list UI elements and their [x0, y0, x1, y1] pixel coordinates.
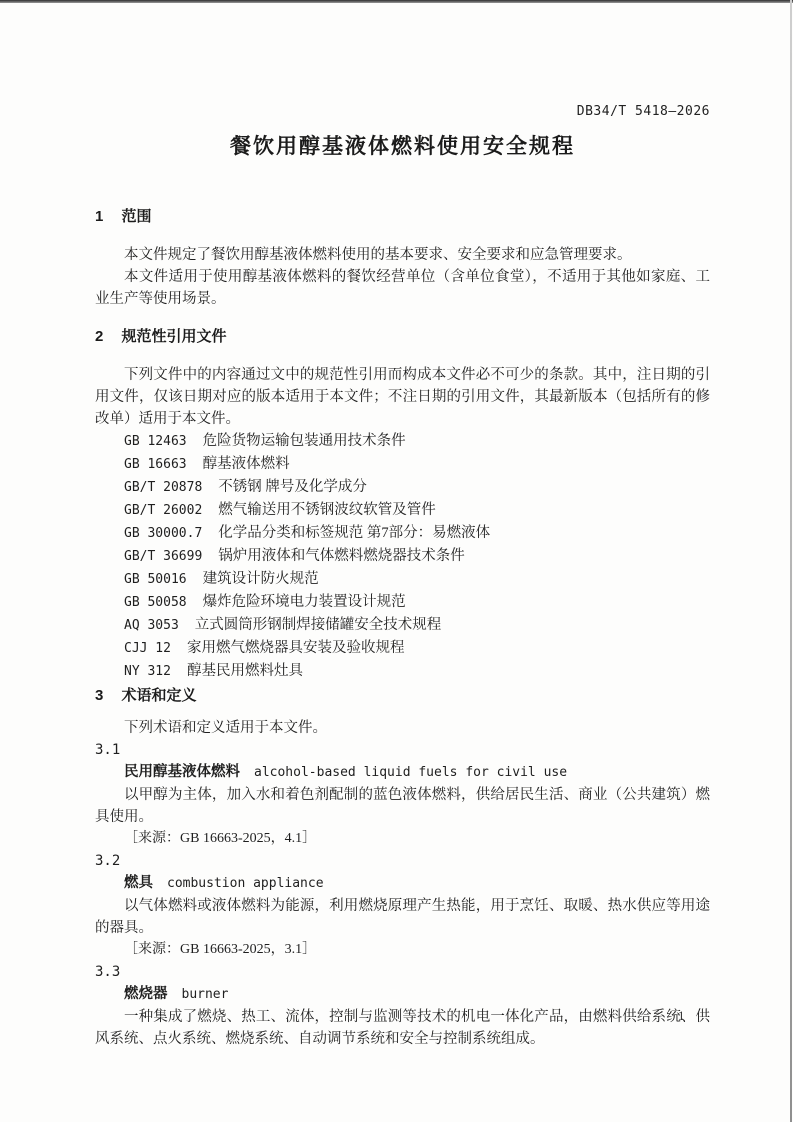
term-name: 民用醇基液体燃料 [124, 764, 240, 780]
section-3-heading: 3 术语和定义 [95, 685, 710, 707]
term-block: 3.3 燃烧器burner 一种集成了燃烧、热工、流体，控制与监测等技术的机电一… [95, 961, 710, 1050]
term-definition: 以气体燃料或液体燃料为能源，利用燃烧原理产生热能，用于烹饪、取暖、热水供应等用途… [95, 895, 710, 939]
document-content: DB34/T 5418—2026 餐饮用醇基液体燃料使用安全规程 1 范围 本文… [95, 103, 710, 1050]
term-line: 燃具combustion appliance [95, 872, 710, 895]
page-number: 1 [678, 1008, 685, 1024]
reference-item: NY 312醇基民用燃料灶具 [95, 660, 710, 683]
term-number: 3.2 [95, 850, 710, 872]
term-english: alcohol-based liquid fuels for civil use [254, 765, 567, 780]
reference-code: CJJ 12 [124, 641, 171, 656]
term-line: 民用醇基液体燃料alcohol-based liquid fuels for c… [95, 761, 710, 784]
term-line: 燃烧器burner [95, 983, 710, 1006]
reference-item: AQ 3053立式圆筒形钢制焊接储罐安全技术规程 [95, 614, 710, 637]
term-name: 燃烧器 [124, 986, 168, 1002]
reference-code: GB 30000.7 [124, 526, 202, 541]
reference-item: CJJ 12家用燃气燃烧器具安装及验收规程 [95, 637, 710, 660]
section-2-title: 规范性引用文件 [122, 326, 227, 348]
reference-code: GB/T 26002 [124, 503, 202, 518]
document-page: DB34/T 5418—2026 餐饮用醇基液体燃料使用安全规程 1 范围 本文… [0, 0, 793, 1122]
reference-code: GB 50016 [124, 572, 187, 587]
reference-title: 爆炸危险环境电力装置设计规范 [203, 594, 406, 610]
reference-code: NY 312 [124, 664, 171, 679]
scan-right-edge [790, 0, 792, 1122]
standard-code: DB34/T 5418—2026 [95, 103, 710, 120]
term-name: 燃具 [124, 875, 153, 891]
reference-code: GB/T 20878 [124, 480, 202, 495]
reference-item: GB/T 26002燃气输送用不锈钢波纹软管及管件 [95, 499, 710, 522]
term-block: 3.1 民用醇基液体燃料alcohol-based liquid fuels f… [95, 739, 710, 850]
reference-title: 化学品分类和标签规范 第7部分：易燃液体 [218, 525, 490, 541]
reference-code: GB 50058 [124, 595, 187, 610]
scope-paragraph-2: 本文件适用于使用醇基液体燃料的餐饮经营单位（含单位食堂），不适用于其他如家庭、工… [95, 266, 710, 310]
section-1-number: 1 [95, 206, 103, 228]
references-intro: 下列文件中的内容通过文中的规范性引用而构成本文件必不可少的条款。其中，注日期的引… [95, 364, 710, 430]
reference-item: GB 16663醇基液体燃料 [95, 453, 710, 476]
reference-code: GB 16663 [124, 457, 187, 472]
section-3-title: 术语和定义 [122, 685, 197, 707]
term-number: 3.3 [95, 961, 710, 983]
term-english: burner [182, 987, 229, 1002]
reference-title: 不锈钢 牌号及化学成分 [218, 479, 367, 495]
section-2-number: 2 [95, 326, 103, 348]
term-number: 3.1 [95, 739, 710, 761]
term-block: 3.2 燃具combustion appliance 以气体燃料或液体燃料为能源… [95, 850, 710, 961]
reference-title: 危险货物运输包装通用技术条件 [203, 433, 406, 449]
reference-code: GB 12463 [124, 434, 187, 449]
section-1-heading: 1 范围 [95, 206, 710, 228]
reference-item: GB 50058爆炸危险环境电力装置设计规范 [95, 591, 710, 614]
term-definition: 以甲醇为主体，加入水和着色剂配制的蓝色液体燃料，供给居民生活、商业（公共建筑）燃… [95, 784, 710, 828]
term-source: ［来源：GB 16663-2025，4.1］ [95, 828, 710, 850]
reference-item: GB 30000.7化学品分类和标签规范 第7部分：易燃液体 [95, 522, 710, 545]
reference-title: 醇基液体燃料 [203, 456, 290, 472]
reference-title: 锅炉用液体和气体燃料燃烧器技术条件 [218, 548, 465, 564]
reference-title: 家用燃气燃烧器具安装及验收规程 [187, 640, 405, 656]
reference-item: GB 50016建筑设计防火规范 [95, 568, 710, 591]
term-definition: 一种集成了燃烧、热工、流体，控制与监测等技术的机电一体化产品，由燃料供给系统、供… [95, 1006, 710, 1050]
references-list: GB 12463危险货物运输包装通用技术条件 GB 16663醇基液体燃料 GB… [95, 430, 710, 683]
reference-code: GB/T 36699 [124, 549, 202, 564]
term-source: ［来源：GB 16663-2025，3.1］ [95, 939, 710, 961]
reference-title: 燃气输送用不锈钢波纹软管及管件 [218, 502, 436, 518]
term-english: combustion appliance [167, 876, 324, 891]
reference-item: GB/T 36699锅炉用液体和气体燃料燃烧器技术条件 [95, 545, 710, 568]
section-3-number: 3 [95, 685, 103, 707]
reference-item: GB/T 20878不锈钢 牌号及化学成分 [95, 476, 710, 499]
reference-title: 立式圆筒形钢制焊接储罐安全技术规程 [195, 617, 442, 633]
document-title: 餐饮用醇基液体燃料使用安全规程 [95, 132, 710, 162]
reference-title: 建筑设计防火规范 [203, 571, 319, 587]
terms-intro: 下列术语和定义适用于本文件。 [95, 717, 710, 739]
reference-title: 醇基民用燃料灶具 [187, 663, 303, 679]
scope-paragraph-1: 本文件规定了餐饮用醇基液体燃料使用的基本要求、安全要求和应急管理要求。 [95, 244, 710, 266]
scan-top-edge [0, 0, 793, 3]
section-2-heading: 2 规范性引用文件 [95, 326, 710, 348]
reference-item: GB 12463危险货物运输包装通用技术条件 [95, 430, 710, 453]
section-1-title: 范围 [122, 206, 152, 228]
reference-code: AQ 3053 [124, 618, 179, 633]
